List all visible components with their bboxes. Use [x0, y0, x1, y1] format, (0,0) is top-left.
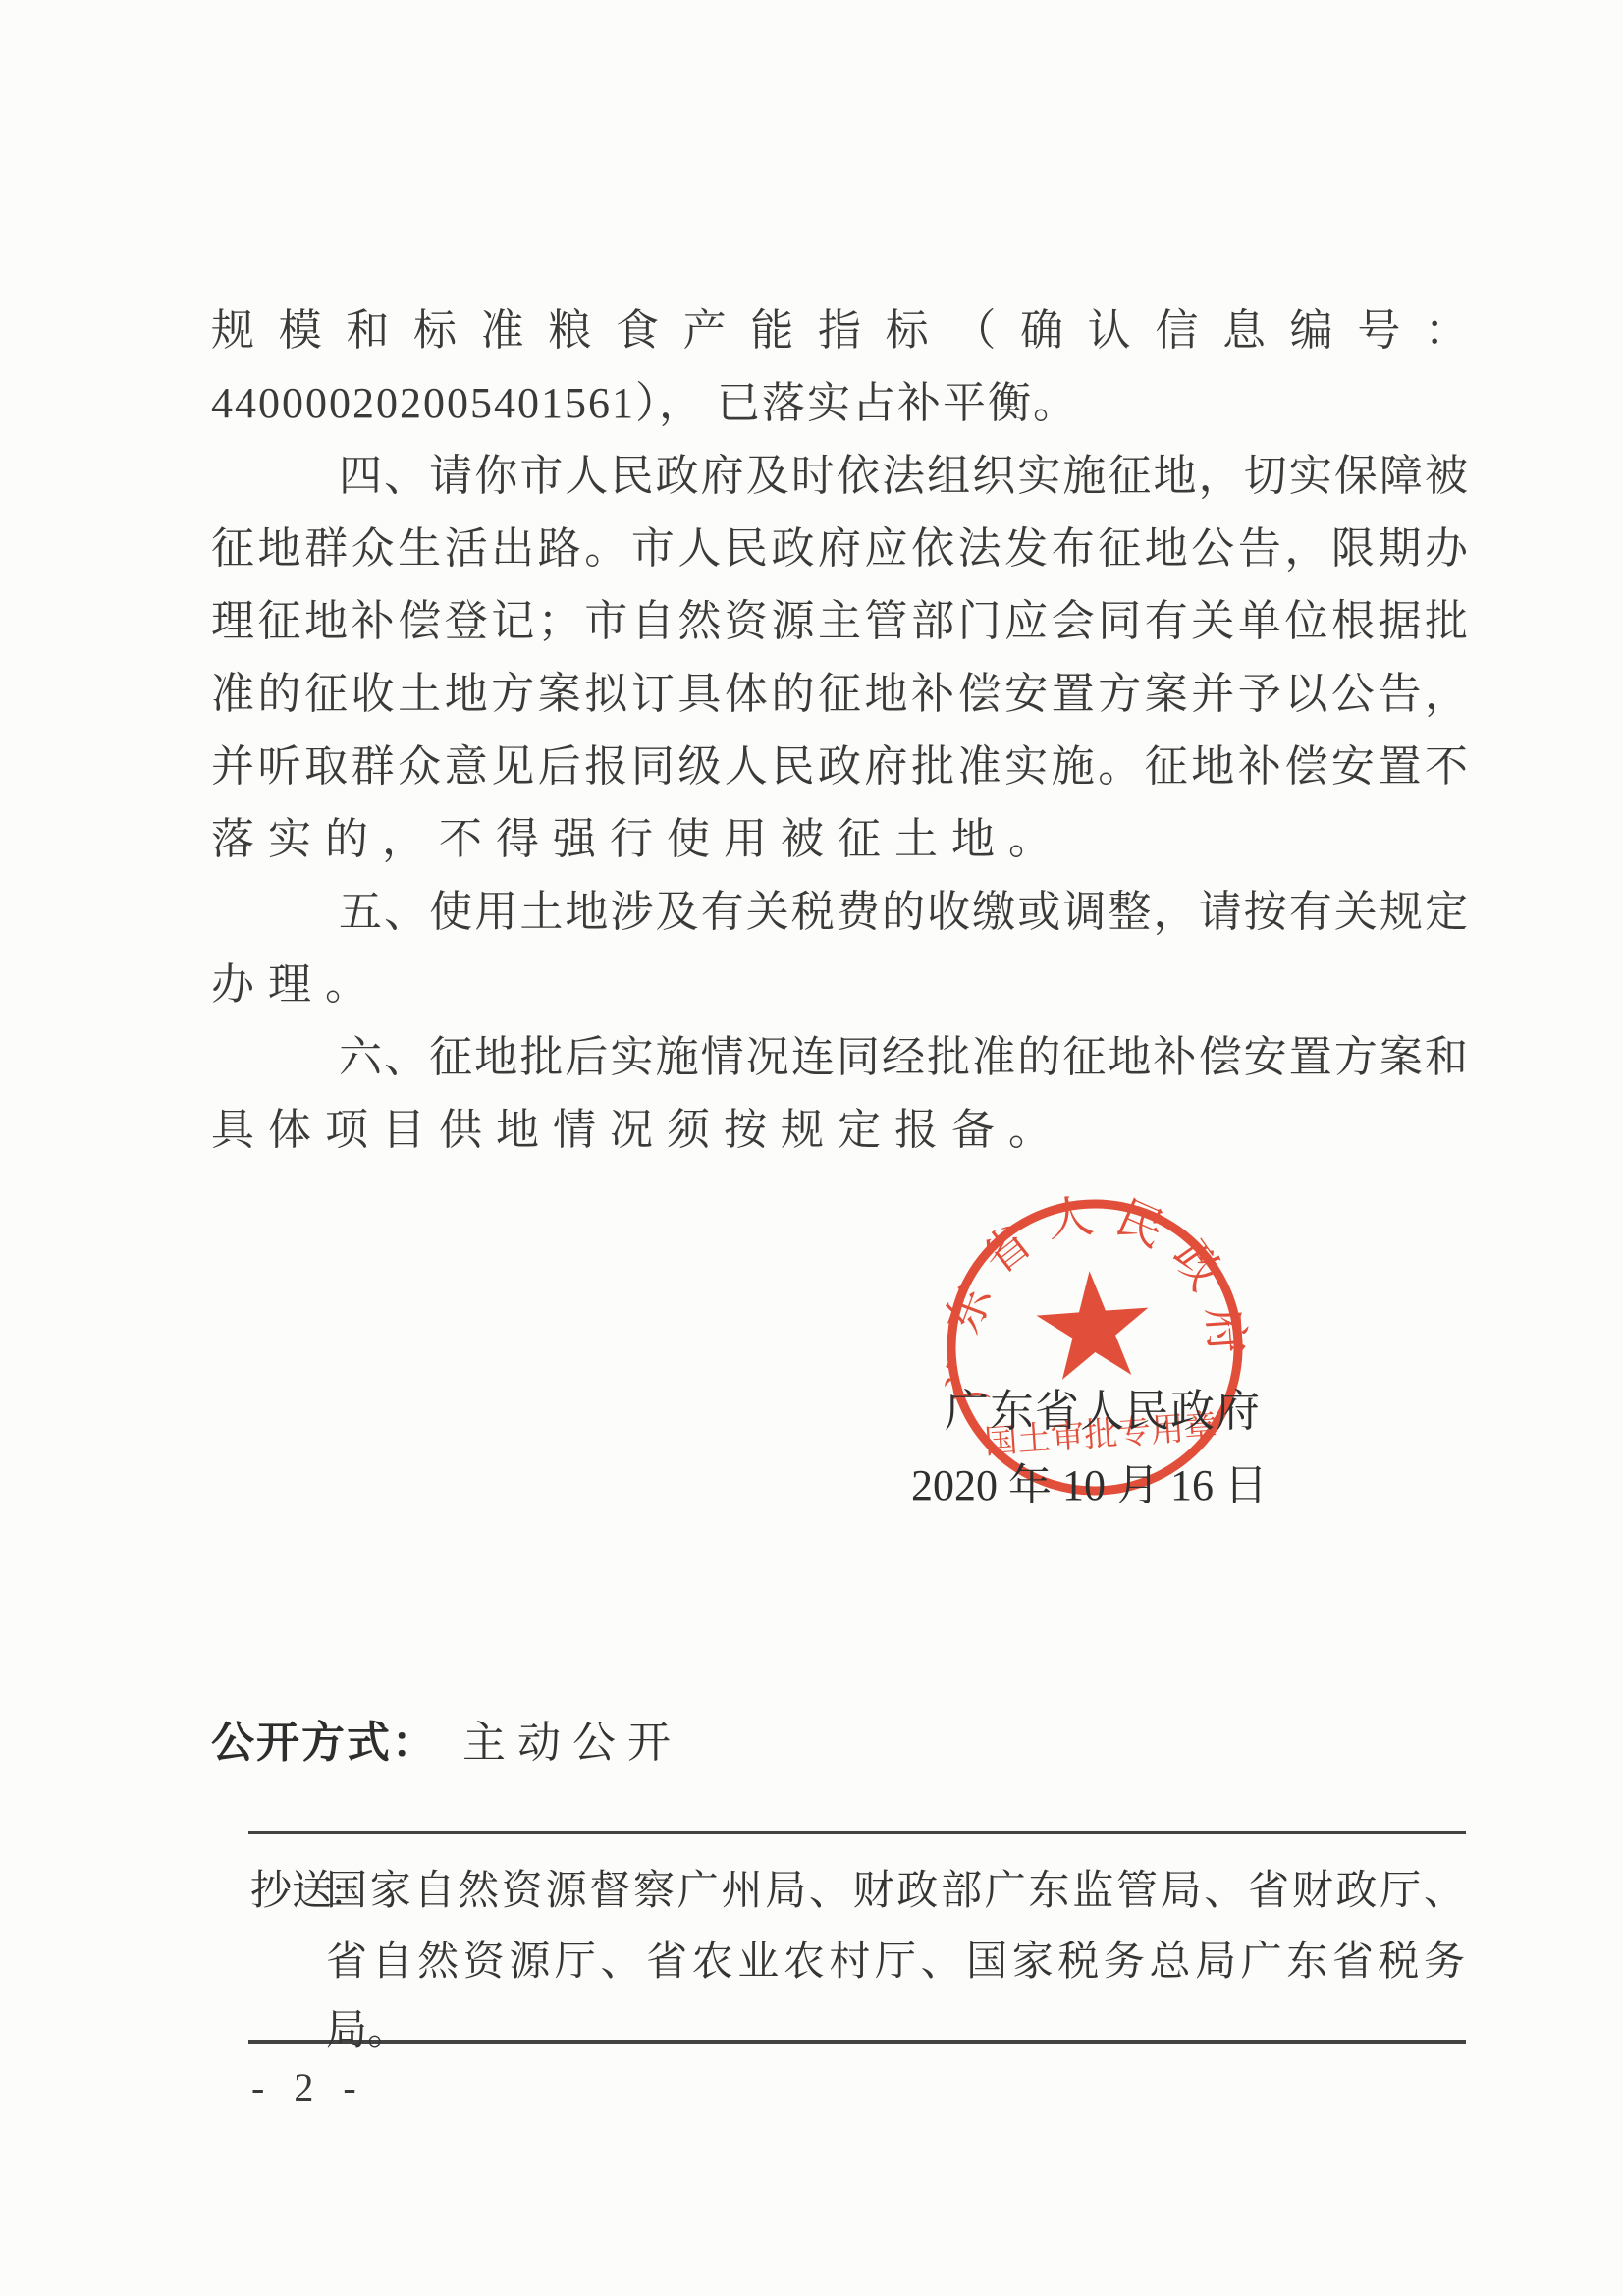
- cc-line: 局。: [326, 1997, 1465, 2056]
- body-line: 并听取群众意见后报同级人民政府批准实施。征地补偿安置不: [211, 731, 1468, 803]
- disclosure-row: 公开方式：主动公开: [211, 1707, 682, 1770]
- body-line: 四、请你市人民政府及时依法组织实施征地，切实保障被: [211, 440, 1468, 513]
- page-number: - 2 -: [251, 2064, 366, 2110]
- body-line: 办理。: [211, 949, 1468, 1021]
- body-line: 440000202005401561）， 已落实占补平衡。: [211, 367, 1468, 440]
- body-text: 规模和标准粮食产能指标（确认信息编号： 440000202005401561），…: [211, 295, 1468, 1167]
- body-line: 规模和标准粮食产能指标（确认信息编号：: [211, 295, 1468, 367]
- signature-date: 2020 年 10 月 16 日: [911, 1449, 1268, 1512]
- body-line: 准的征收土地方案拟订具体的征地补偿安置方案并予以公告，: [211, 658, 1468, 731]
- disclosure-value: 主动公开: [462, 1719, 682, 1767]
- body-line: 五、使用土地涉及有关税费的收缴或调整，请按有关规定: [211, 876, 1468, 949]
- body-line: 落实的，不得强行使用被征土地。: [211, 803, 1468, 876]
- document-page: 规模和标准粮食产能指标（确认信息编号： 440000202005401561），…: [0, 0, 1623, 2296]
- divider-line: [248, 1831, 1466, 1834]
- body-line: 理征地补偿登记；市自然资源主管部门应会同有关单位根据批: [211, 585, 1468, 658]
- body-line: 具体项目供地情况须按规定报备。: [211, 1094, 1468, 1167]
- seal-star-icon: [1034, 1267, 1153, 1381]
- cc-line: 国家自然资源督察广州局、财政部广东监管局、省财政厅、: [326, 1858, 1465, 1917]
- cc-line: 省自然资源厅、省农业农村厅、国家税务总局广东省税务: [326, 1929, 1465, 1988]
- disclosure-label: 公开方式：: [211, 1719, 437, 1767]
- body-line: 征地群众生活出路。市人民政府应依法发布征地公告，限期办: [211, 513, 1468, 585]
- body-line: 六、征地批后实施情况连同经批准的征地补偿安置方案和: [211, 1021, 1468, 1094]
- signature-issuer: 广东省人民政府: [945, 1375, 1261, 1439]
